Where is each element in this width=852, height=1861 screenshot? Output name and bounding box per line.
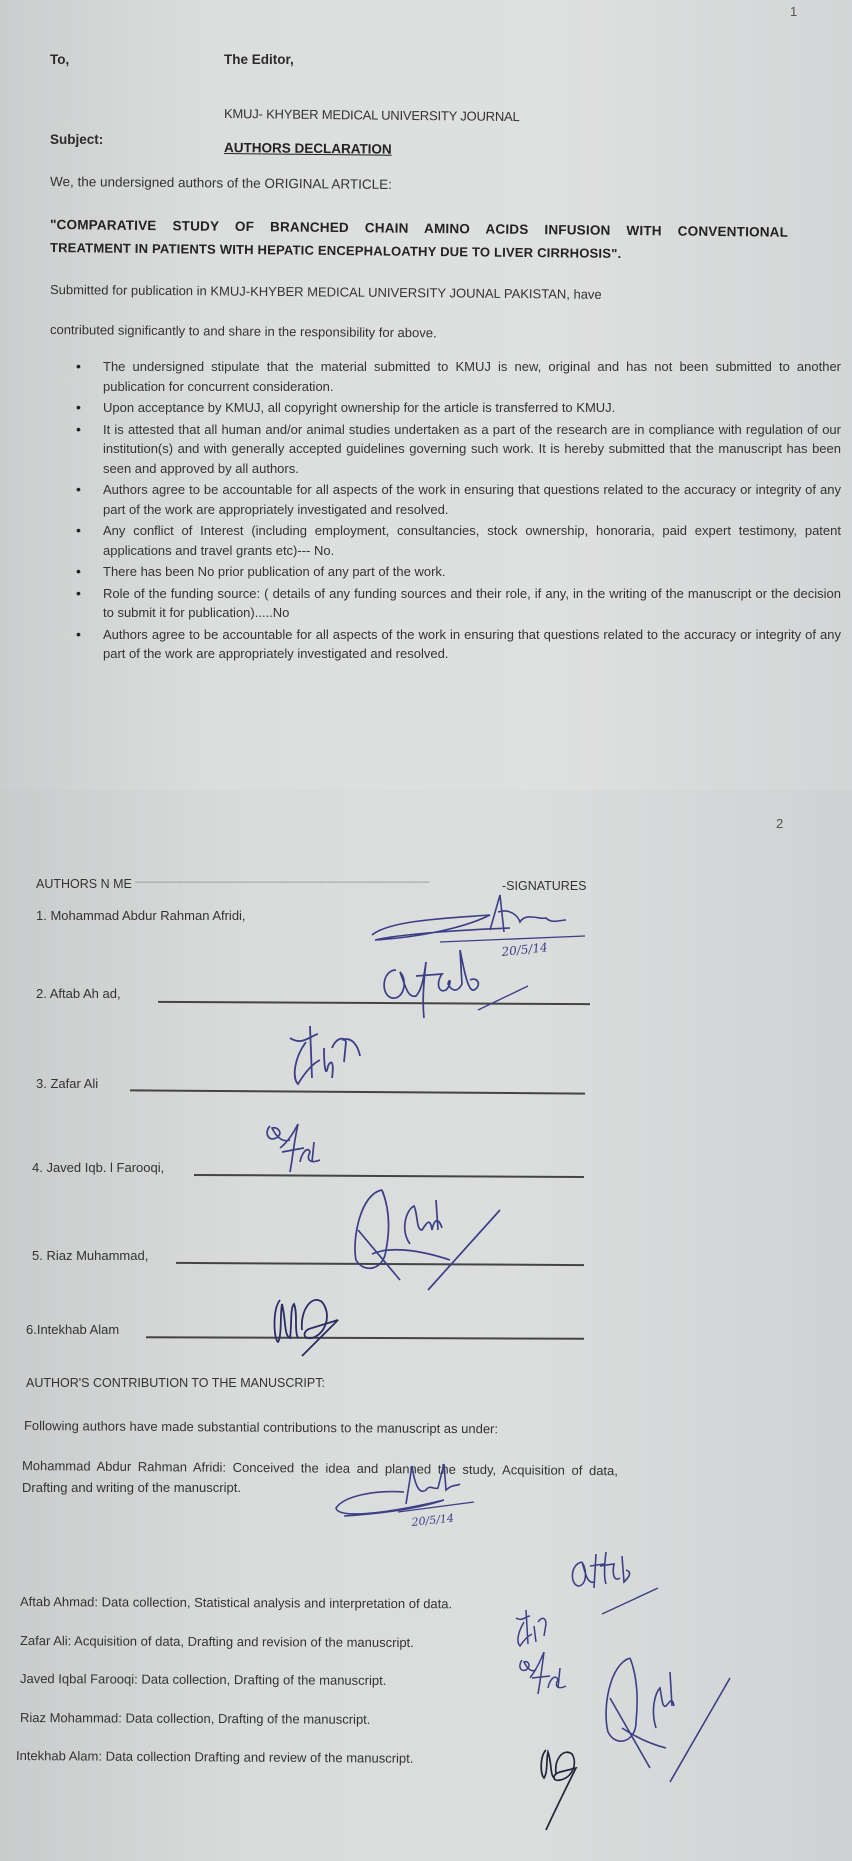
author-6-signature: [272, 1290, 362, 1365]
submitted-line2: contributed significantly to and share i…: [50, 322, 437, 340]
author-3-name: 3. Zafar Ali: [36, 1076, 98, 1091]
recipient: The Editor,: [224, 52, 294, 67]
article-title-line2: TREATMENT IN PATIENTS WITH HEPATIC ENCEP…: [50, 240, 621, 261]
declaration-page-1: 1 To, The Editor, KMUJ- KHYBER MEDICAL U…: [0, 0, 852, 790]
intro-text: We, the undersigned authors of the ORIGI…: [50, 174, 392, 192]
author-2-signature: [378, 940, 578, 1025]
bullet-icon: •: [76, 521, 81, 541]
subject-label: Subject:: [50, 132, 103, 147]
contribution-2: Aftab Ahmad: Data collection, Statistica…: [20, 1594, 452, 1611]
bullet-icon: •: [76, 357, 81, 377]
author-4-signature: [264, 1112, 354, 1197]
bullet-item: •The undersigned stipulate that the mate…: [103, 357, 841, 396]
contribution-5-signature: [600, 1648, 740, 1793]
author-5-name: 5. Riaz Muhammad,: [32, 1248, 148, 1263]
svg-text:20/5/14: 20/5/14: [410, 1512, 455, 1529]
author-3-signature: [288, 1018, 408, 1113]
article-title-line1: "COMPARATIVE STUDY OF BRANCHED CHAIN AMI…: [50, 217, 800, 240]
contribution-4-signature: [518, 1648, 588, 1703]
contribution-5: Riaz Mohammad: Data collection, Drafting…: [20, 1710, 371, 1727]
contribution-6: Intekhab Alam: Data collection Drafting …: [16, 1748, 414, 1766]
submitted-line1: Submitted for publication in KMUJ-KHYBER…: [50, 282, 602, 302]
author-5-signature: [350, 1170, 530, 1305]
contribution-1-line2: Drafting and writing of the manuscript.: [22, 1480, 241, 1495]
contribution-1-line1: Mohammad Abdur Rahman Afridi: Conceived …: [22, 1458, 618, 1478]
authors-name-header: AUTHORS N ME: [36, 877, 132, 891]
bullet-icon: •: [76, 480, 81, 500]
author-1-name: 1. Mohammad Abdur Rahman Afridi,: [36, 908, 246, 923]
contribution-4: Javed Iqbal Farooqi: Data collection, Dr…: [20, 1671, 386, 1688]
author-6-name: 6.Intekhab Alam: [26, 1322, 119, 1337]
bullet-item: •Authors agree to be accountable for all…: [103, 480, 841, 519]
bullet-item: •It is attested that all human and/or an…: [103, 420, 841, 479]
contribution-3: Zafar Ali: Acquisition of data, Drafting…: [20, 1633, 414, 1650]
bullet-icon: •: [76, 398, 81, 418]
contribution-6-signature: [538, 1744, 608, 1849]
author-2-name: 2. Aftab Ah ad,: [36, 986, 121, 1001]
bullet-item: •Role of the funding source: ( details o…: [103, 584, 841, 623]
page-number: 1: [790, 4, 797, 19]
bullet-icon: •: [76, 420, 81, 440]
subject-title: AUTHORS DECLARATION: [224, 140, 392, 157]
journal-name: KMUJ- KHYBER MEDICAL UNIVERSITY JOURNAL: [224, 106, 520, 124]
bullet-item: •Upon acceptance by KMUJ, all copyright …: [103, 398, 841, 418]
to-label: To,: [50, 52, 69, 67]
author-4-name: 4. Javed Iqb. l Farooqi,: [32, 1160, 164, 1175]
contribution-heading: AUTHOR'S CONTRIBUTION TO THE MANUSCRIPT:: [26, 1376, 325, 1390]
bullet-icon: •: [76, 584, 81, 604]
bullet-item: •There has been No prior publication of …: [103, 562, 841, 582]
contribution-2-signature: [568, 1548, 698, 1633]
contribution-intro: Following authors have made substantial …: [24, 1418, 498, 1436]
declaration-page-2: 2 AUTHORS N ME -------------------------…: [0, 790, 852, 1861]
bullet-item: •Any conflict of Interest (including emp…: [103, 521, 841, 560]
bullet-icon: •: [76, 562, 81, 582]
bullet-item: •Authors agree to be accountable for all…: [103, 625, 841, 664]
contribution-1-signature: 20/5/14: [334, 1450, 524, 1535]
header-dashes: ----------------------------------------…: [135, 877, 535, 888]
page-number: 2: [776, 816, 783, 831]
declaration-bullets: •The undersigned stipulate that the mate…: [70, 357, 841, 664]
author-6-signature-line: [146, 1336, 584, 1339]
bullet-icon: •: [76, 625, 81, 645]
